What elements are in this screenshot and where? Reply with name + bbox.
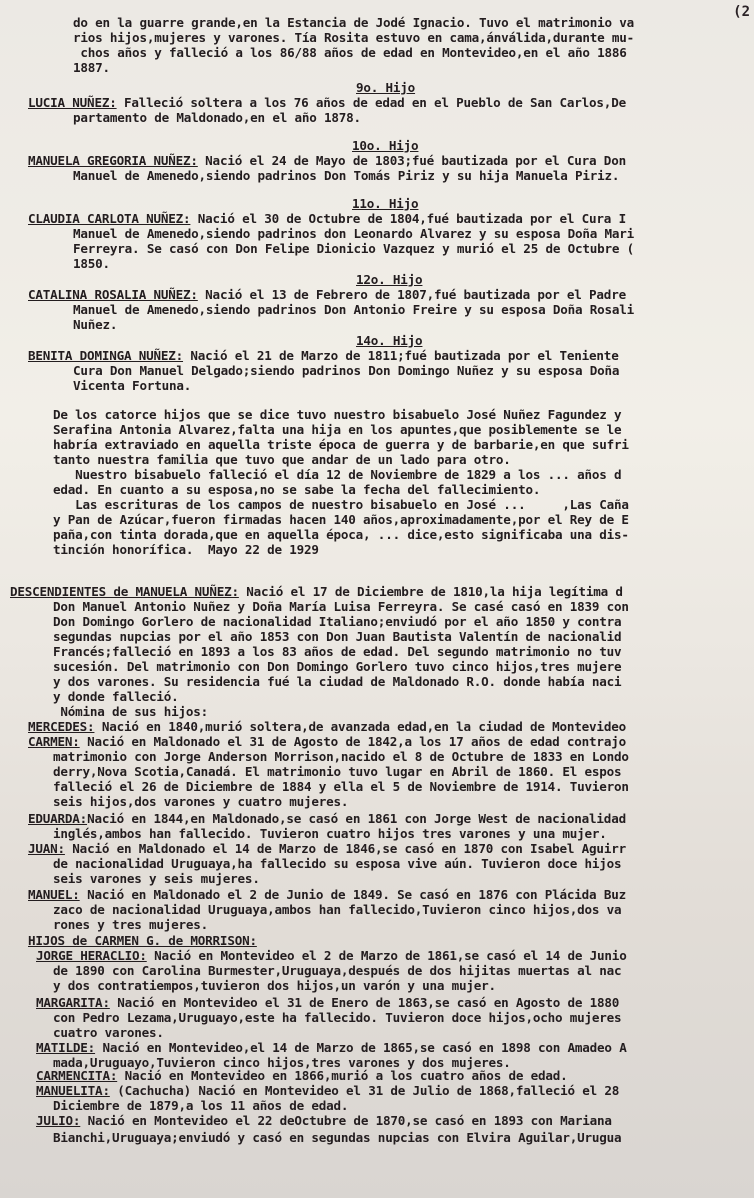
child-name: MERCEDES:: [28, 719, 94, 734]
child-name: MANUELA GREGORIA NUÑEZ:: [28, 153, 198, 168]
child-text: falleció el 26 de Diciembre de 1884 y el…: [53, 779, 629, 794]
descendants-text: segundas nupcias por el año 1853 con Don…: [53, 629, 621, 644]
child-text: 1850.: [73, 256, 110, 271]
child-name: BENITA DOMINGA NUÑEZ:: [28, 348, 183, 363]
child-text: Bianchi,Uruguaya;enviudó y casó en segun…: [53, 1130, 621, 1145]
child-name: JUAN:: [28, 841, 65, 856]
child-name: CARMEN:: [28, 734, 80, 749]
descendants-text: Don Manuel Antonio Nuñez y Doña María Lu…: [53, 599, 629, 614]
intro-line: rios hijos,mujeres y varones. Tía Rosita…: [73, 30, 634, 45]
child-name: CATALINA ROSALIA NUÑEZ:: [28, 287, 198, 302]
child-text: Nació el 30 de Octubre de 1804,fué bauti…: [190, 211, 626, 226]
child-name: EDUARDA:: [28, 811, 87, 826]
child-name: JULIO:: [36, 1113, 80, 1128]
child-name: MANUELITA:: [36, 1083, 110, 1098]
child-ordinal: 12o. Hijo: [356, 272, 422, 287]
child-text: Manuel de Amenedo,siendo padrinos Don An…: [73, 302, 634, 317]
summary-line: y Pan de Azúcar,fueron firmadas hacen 14…: [53, 512, 629, 527]
descendants-text: y dos varones. Su residencia fué la ciud…: [53, 674, 621, 689]
child-text: Cura Don Manuel Delgado;siendo padrinos …: [73, 363, 619, 378]
child-text: y dos contratiempos,tuvieron dos hijos,u…: [53, 978, 496, 993]
child-ordinal: 10o. Hijo: [352, 138, 418, 153]
child-text: Ferreyra. Se casó con Don Felipe Dionici…: [73, 241, 634, 256]
child-name: CARMENCITA:: [36, 1068, 117, 1083]
descendants-text: y donde falleció.: [53, 689, 179, 704]
child-name: MANUEL:: [28, 887, 80, 902]
child-text: Nació en 1844,en Maldonado,se casó en 18…: [87, 811, 626, 826]
child-text: Nació en Maldonado el 14 de Marzo de 184…: [65, 841, 626, 856]
child-text: Diciembre de 1879,a los 11 años de edad.: [53, 1098, 348, 1113]
child-text: Nuñez.: [73, 317, 117, 332]
child-text: Vicenta Fortuna.: [73, 378, 191, 393]
child-text: cuatro varones.: [53, 1025, 164, 1040]
child-name: MATILDE:: [36, 1040, 95, 1055]
intro-line: do en la guarre grande,en la Estancia de…: [73, 15, 634, 30]
child-ordinal: 9o. Hijo: [356, 80, 415, 95]
intro-line: chos años y falleció a los 86/88 años de…: [73, 45, 627, 60]
descendants-text: Don Domingo Gorlero de nacionalidad Ital…: [53, 614, 621, 629]
child-name: JORGE HERACLIO:: [36, 948, 147, 963]
child-text: de 1890 con Carolina Burmester,Uruguaya,…: [53, 963, 621, 978]
child-text: Nació en Maldonado el 2 de Junio de 1849…: [80, 887, 626, 902]
typewritten-page: (2 do en la guarre grande,en la Estancia…: [0, 0, 754, 1198]
summary-line: De los catorce hijos que se dice tuvo nu…: [53, 407, 621, 422]
child-text: seis hijos,dos varones y cuatro mujeres.: [53, 794, 348, 809]
child-text: matrimonio con Jorge Anderson Morrison,n…: [53, 749, 629, 764]
summary-line: tanto nuestra familia que tuvo que andar…: [53, 452, 511, 467]
children-list-title: Nómina de sus hijos:: [53, 704, 208, 719]
summary-line: habría extraviado en aquella triste époc…: [53, 437, 629, 452]
child-text: rones y tres mujeres.: [53, 917, 208, 932]
page-number: (2: [733, 4, 750, 20]
child-text: Manuel de Amenedo,siendo padrinos don Le…: [73, 226, 634, 241]
child-text: zaco de nacionalidad Uruguaya,ambos han …: [53, 902, 621, 917]
child-text: de nacionalidad Uruguaya,ha fallecido su…: [53, 856, 621, 871]
child-text: Nació el 21 de Marzo de 1811;fué bautiza…: [183, 348, 619, 363]
child-text: seis varones y seis mujeres.: [53, 871, 260, 886]
child-ordinal: 11o. Hijo: [352, 196, 418, 211]
descendants-text: Nació el 17 de Diciembre de 1810,la hija…: [239, 584, 623, 599]
child-text: Nació el 13 de Febrero de 1807,fué bauti…: [198, 287, 626, 302]
summary-line: Serafina Antonia Alvarez,falta una hija …: [53, 422, 621, 437]
child-text: (Cachucha) Nació en Montevideo el 31 de …: [110, 1083, 619, 1098]
summary-line: Las escrituras de los campos de nuestro …: [53, 497, 629, 512]
descendants-text: Francés;falleció en 1893 a los 83 años d…: [53, 644, 621, 659]
child-text: Nació en Montevideo el 22 deOctubre de 1…: [80, 1113, 612, 1128]
child-text: Nació en Montevideo el 2 de Marzo de 186…: [147, 948, 627, 963]
section-title: HIJOS de CARMEN G. de MORRISON:: [28, 933, 257, 948]
child-text: Nació en Montevideo en 1866,murió a los …: [117, 1068, 567, 1083]
child-name: LUCIA NUÑEZ:: [28, 95, 117, 110]
child-text: con Pedro Lezama,Uruguayo,este ha fallec…: [53, 1010, 621, 1025]
child-name: CLAUDIA CARLOTA NUÑEZ:: [28, 211, 190, 226]
child-text: inglés,ambos han fallecido. Tuvieron cua…: [53, 826, 607, 841]
child-text: Manuel de Amenedo,siendo padrinos Don To…: [73, 168, 619, 183]
child-text: Nació en 1840,murió soltera,de avanzada …: [94, 719, 626, 734]
child-text: Nació en Montevideo el 31 de Enero de 18…: [110, 995, 619, 1010]
summary-line: tinción honorífica. Mayo 22 de 1929: [53, 542, 319, 557]
child-text: partamento de Maldonado,en el año 1878.: [73, 110, 361, 125]
child-text: Nació el 24 de Mayo de 1803;fué bautizad…: [198, 153, 626, 168]
child-ordinal: 14o. Hijo: [356, 333, 422, 348]
summary-line: paña,con tinta dorada,que en aquella épo…: [53, 527, 629, 542]
summary-line: edad. En cuanto a su esposa,no se sabe l…: [53, 482, 540, 497]
child-text: Nació en Maldonado el 31 de Agosto de 18…: [80, 734, 626, 749]
child-text: Falleció soltera a los 76 años de edad e…: [117, 95, 626, 110]
descendants-title: DESCENDIENTES de MANUELA NUÑEZ:: [10, 584, 239, 599]
intro-line: 1887.: [73, 60, 110, 75]
child-text: Nació en Montevideo,el 14 de Marzo de 18…: [95, 1040, 627, 1055]
descendants-text: sucesión. Del matrimonio con Don Domingo…: [53, 659, 621, 674]
child-text: derry,Nova Scotia,Canadá. El matrimonio …: [53, 764, 621, 779]
summary-line: Nuestro bisabuelo falleció el día 12 de …: [53, 467, 621, 482]
child-name: MARGARITA:: [36, 995, 110, 1010]
